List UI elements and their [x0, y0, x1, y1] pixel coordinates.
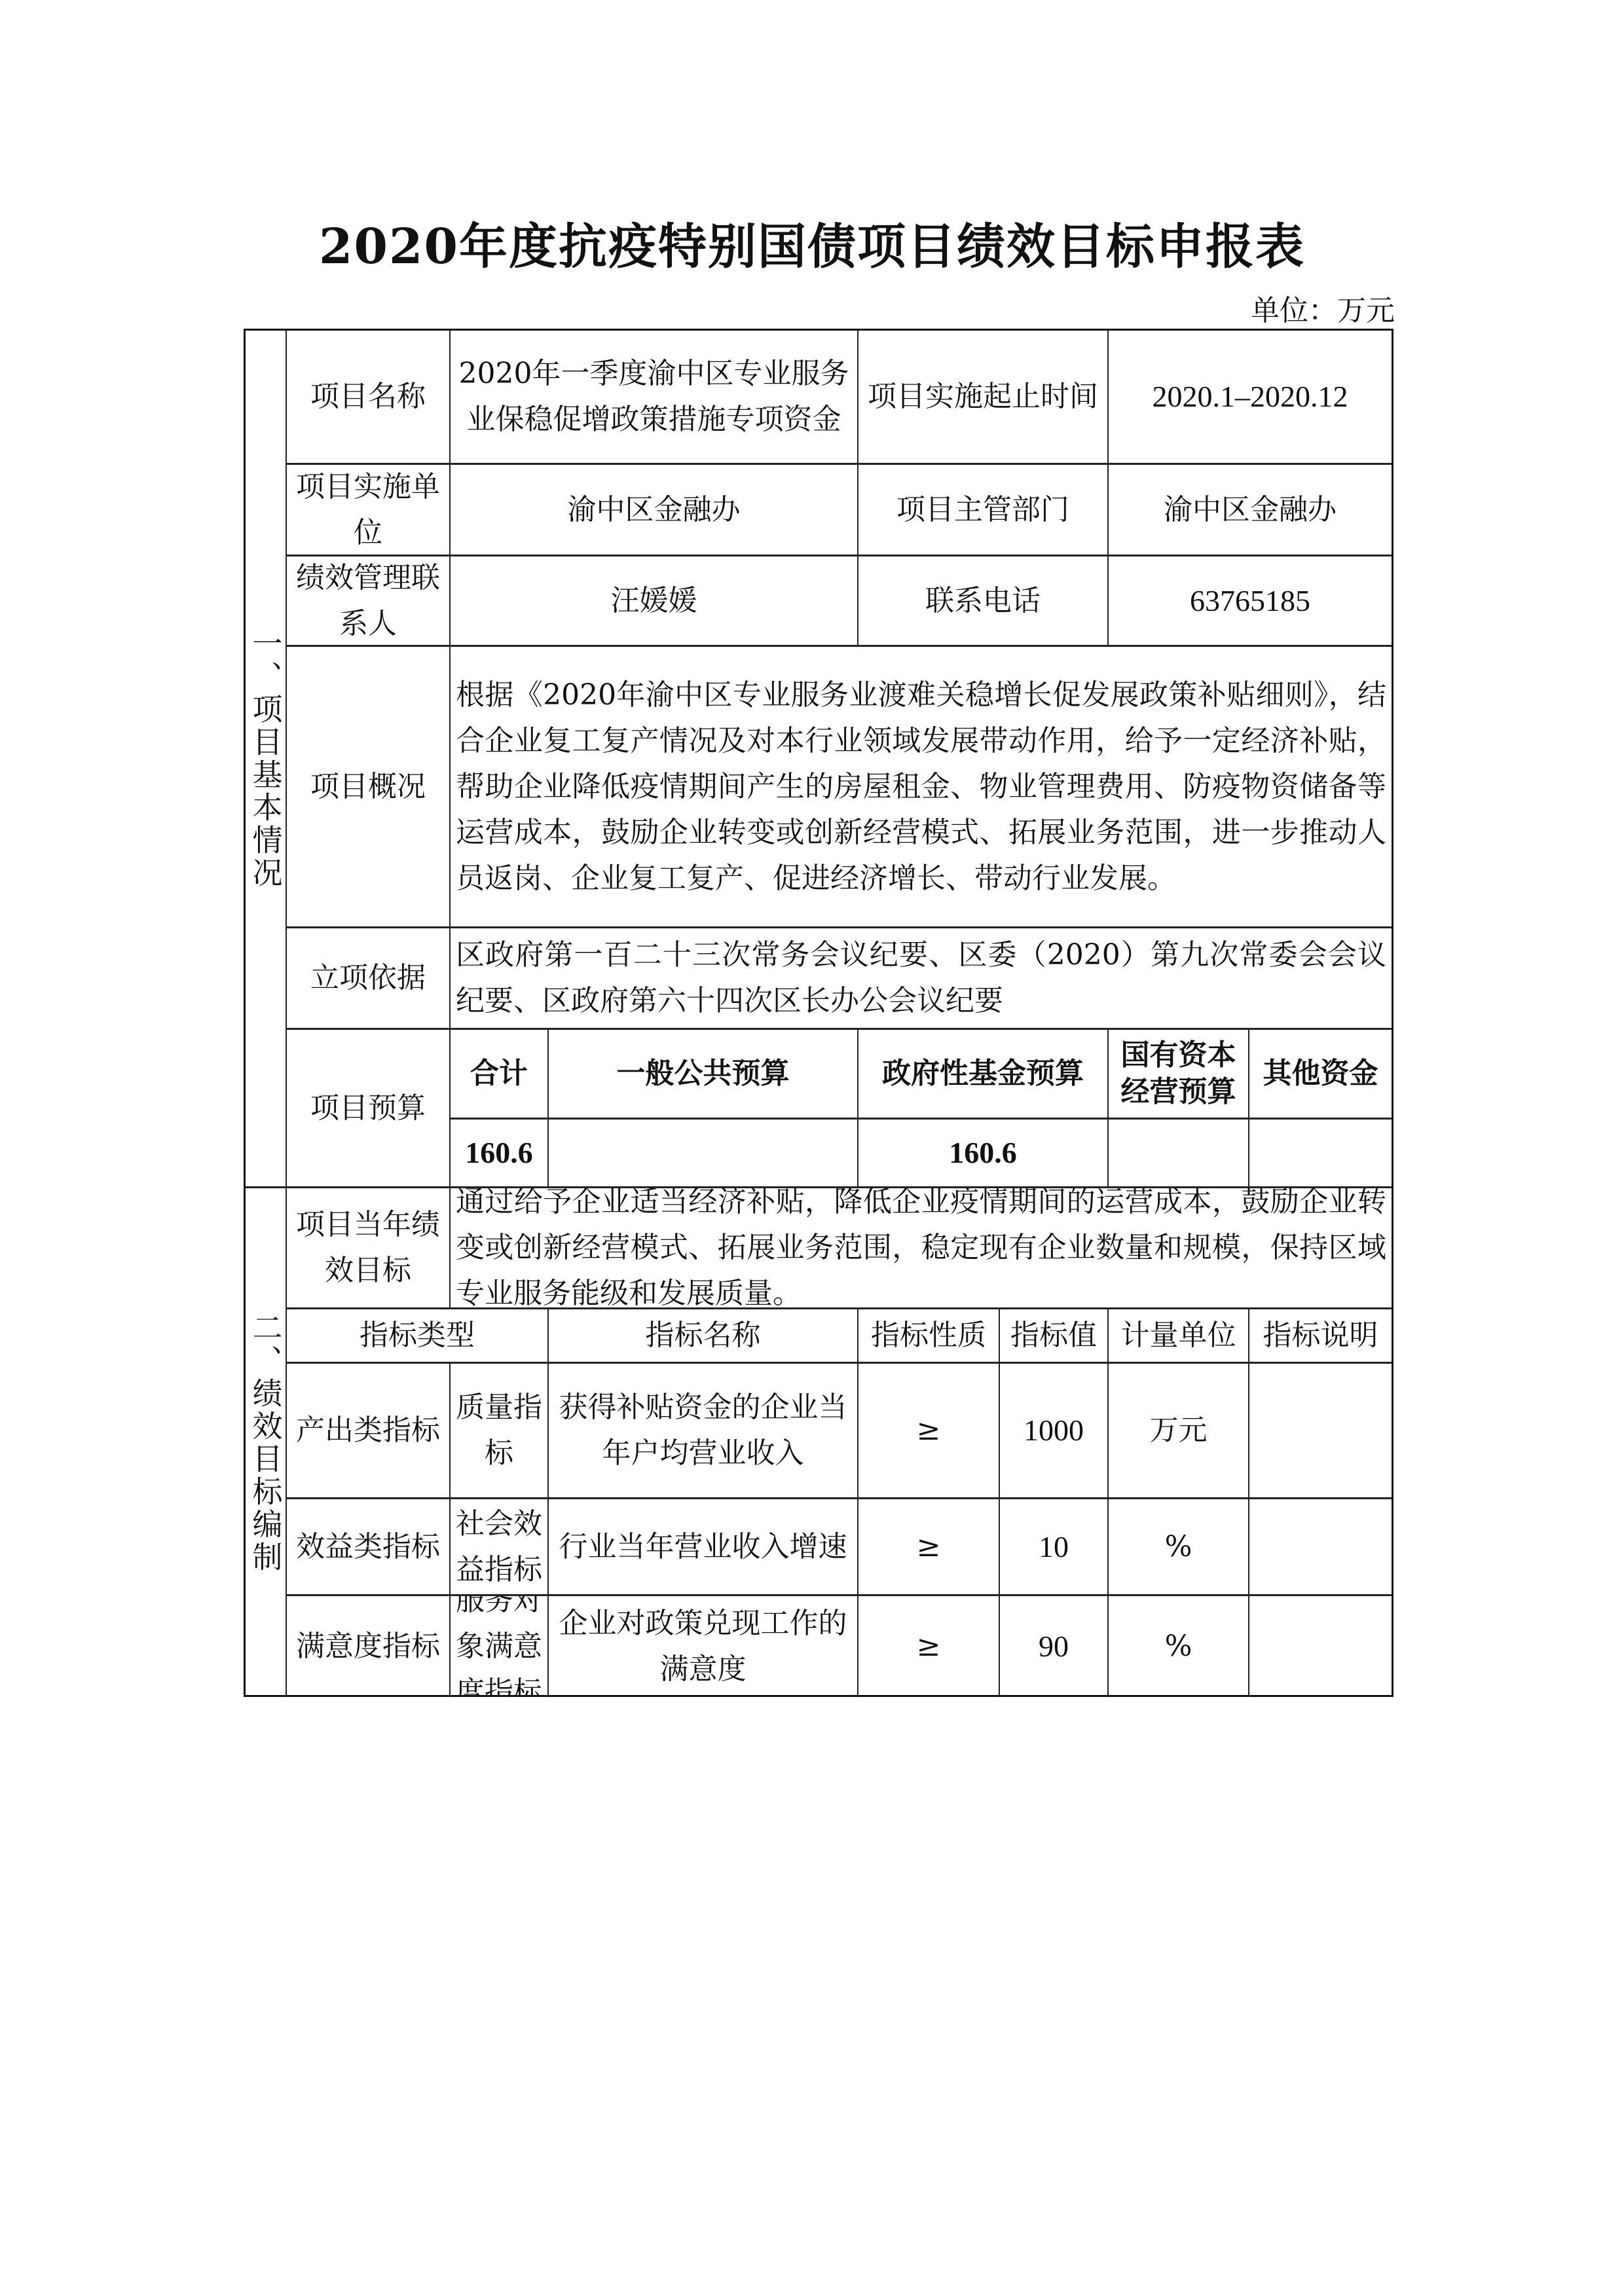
- indicator-row-3-type2: 服务对象满意度指标: [451, 1596, 549, 1697]
- budget-value-state-capital: [1109, 1120, 1249, 1188]
- period-label: 项目实施起止时间: [858, 331, 1109, 465]
- budget-value-general: [549, 1120, 858, 1188]
- budget-value-total: 160.6: [451, 1120, 549, 1188]
- indicator-row-2-type2: 社会效益指标: [451, 1499, 549, 1596]
- indicator-header-type: 指标类型: [287, 1309, 549, 1364]
- project-name-value: 2020年一季度渝中区专业服务业保稳促增政策措施专项资金: [451, 331, 858, 465]
- indicator-row-3-nature: ≥: [858, 1596, 1000, 1697]
- indicator-row-1-value: 1000: [1000, 1364, 1109, 1499]
- goal-label: 项目当年绩效目标: [287, 1188, 451, 1309]
- indicator-row-2-note: [1249, 1499, 1392, 1596]
- budget-header-general: 一般公共预算: [549, 1030, 858, 1120]
- department-value: 渝中区金融办: [1109, 465, 1392, 556]
- indicator-row-2-name: 行业当年营业收入增速: [549, 1499, 858, 1596]
- budget-value-fund: 160.6: [858, 1120, 1109, 1188]
- indicator-row-1-nature: ≥: [858, 1364, 1000, 1499]
- contact-label: 绩效管理联系人: [287, 556, 451, 647]
- basis-label: 立项依据: [287, 928, 451, 1030]
- indicator-row-2-value: 10: [1000, 1499, 1109, 1596]
- indicator-row-3-note: [1249, 1596, 1392, 1697]
- budget-label: 项目预算: [287, 1030, 451, 1188]
- budget-value-other: [1249, 1120, 1392, 1188]
- basis-value: 区政府第一百二十三次常务会议纪要、区委（2020）第九次常委会会议纪要、区政府第…: [451, 928, 1392, 1030]
- indicator-row-3-name: 企业对政策兑现工作的满意度: [549, 1596, 858, 1697]
- indicator-row-3-type1: 满意度指标: [287, 1596, 451, 1697]
- phone-label: 联系电话: [858, 556, 1109, 647]
- indicator-row-1-unit: 万元: [1109, 1364, 1249, 1499]
- indicator-row-2-unit: %: [1109, 1499, 1249, 1596]
- period-value: 2020.1–2020.12: [1109, 331, 1392, 465]
- indicator-row-1-note: [1249, 1364, 1392, 1499]
- indicator-row-3-unit: %: [1109, 1596, 1249, 1697]
- implementer-label: 项目实施单位: [287, 465, 451, 556]
- budget-header-total: 合计: [451, 1030, 549, 1120]
- budget-header-other: 其他资金: [1249, 1030, 1392, 1120]
- budget-header-fund: 政府性基金预算: [858, 1030, 1109, 1120]
- department-label: 项目主管部门: [858, 465, 1109, 556]
- overview-label: 项目概况: [287, 647, 451, 928]
- indicator-row-2-nature: ≥: [858, 1499, 1000, 1596]
- indicator-header-nature: 指标性质: [858, 1309, 1000, 1364]
- implementer-value: 渝中区金融办: [451, 465, 858, 556]
- indicator-header-note: 指标说明: [1249, 1309, 1392, 1364]
- project-name-label: 项目名称: [287, 331, 451, 465]
- indicator-header-value: 指标值: [1000, 1309, 1109, 1364]
- section1-label: 一、项目基本情况: [246, 331, 287, 1188]
- indicator-row-2-type1: 效益类指标: [287, 1499, 451, 1596]
- indicator-header-name: 指标名称: [549, 1309, 858, 1364]
- overview-value: 根据《2020年渝中区专业服务业渡难关稳增长促发展政策补贴细则》，结合企业复工复…: [451, 647, 1392, 928]
- goal-value: 通过给予企业适当经济补贴，降低企业疫情期间的运营成本，鼓励企业转变或创新经营模式…: [451, 1188, 1392, 1309]
- indicator-row-1-type1: 产出类指标: [287, 1364, 451, 1499]
- indicator-row-1-type2: 质量指标: [451, 1364, 549, 1499]
- indicator-row-3-value: 90: [1000, 1596, 1109, 1697]
- indicator-row-1-name: 获得补贴资金的企业当年户均营业收入: [549, 1364, 858, 1499]
- contact-value: 汪媛媛: [451, 556, 858, 647]
- page-title: 2020年度抗疫特别国债项目绩效目标申报表: [0, 208, 1624, 278]
- section2-label: 二、绩效目标编制: [246, 1188, 287, 1697]
- indicator-header-unit: 计量单位: [1109, 1309, 1249, 1364]
- performance-table: 一、项目基本情况 项目名称 2020年一季度渝中区专业服务业保稳促增政策措施专项…: [244, 329, 1393, 1697]
- budget-header-state-capital: 国有资本经营预算: [1109, 1030, 1249, 1120]
- phone-value: 63765185: [1109, 556, 1392, 647]
- unit-label: 单位：万元: [1218, 287, 1395, 329]
